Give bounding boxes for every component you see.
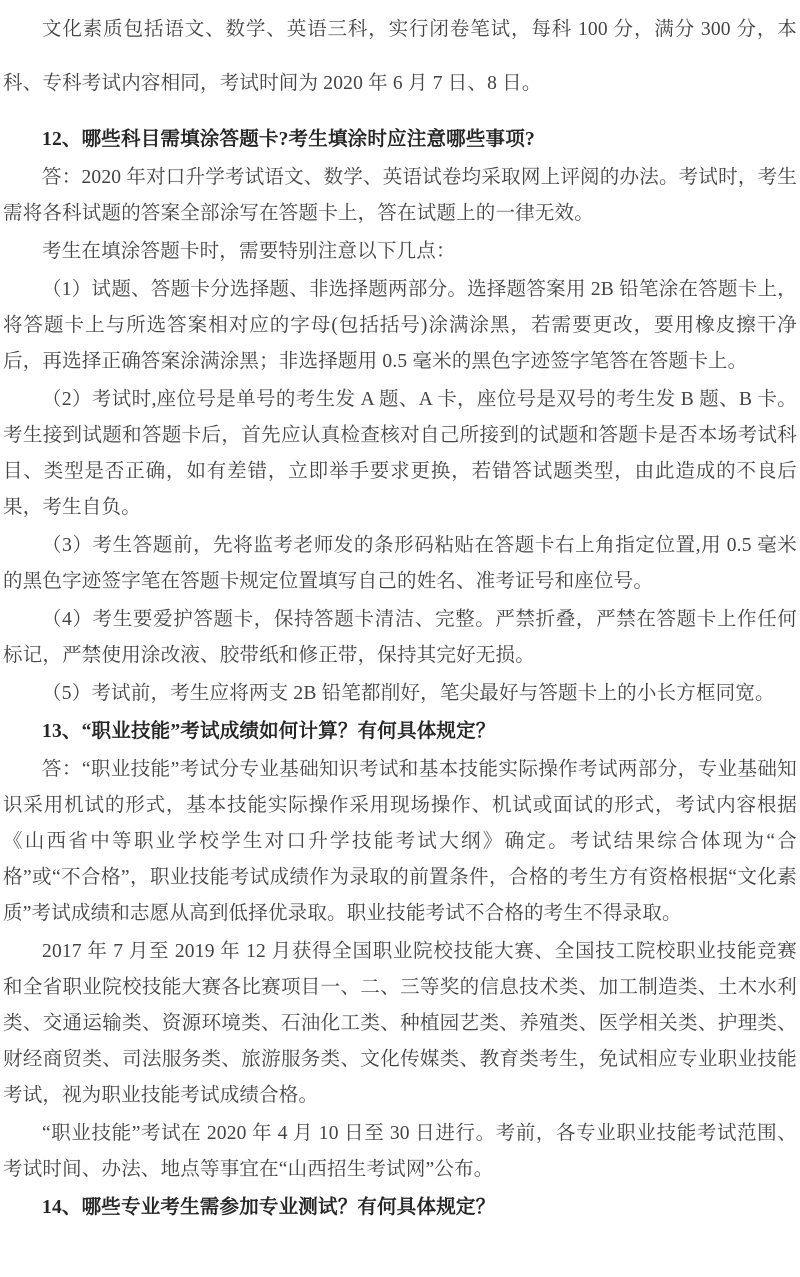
paragraph: 文化素质包括语文、数学、英语三科，实行闭卷笔试，每科 100 分，满分 300 … [3,3,797,111]
document-page: 文化素质包括语文、数学、英语三科，实行闭卷笔试，每科 100 分，满分 300 … [0,0,800,1277]
paragraph: （2）考试时,座位号是单号的考生发 A 题、A 卡，座位号是双号的考生发 B 题… [3,382,797,526]
paragraph: “职业技能”考试在 2020 年 4 月 10 日至 30 日进行。考前，各专业… [3,1116,797,1188]
paragraph: （3）考生答题前，先将监考老师发的条形码粘贴在答题卡右上角指定位置,用 0.5 … [3,528,797,600]
section-heading: 13、“职业技能”考试成绩如何计算？有何具体规定？ [3,714,797,750]
paragraph: （4）考生要爱护答题卡，保持答题卡清洁、完整。严禁折叠，严禁在答题卡上作任何标记… [3,602,797,674]
paragraph: 考生在填涂答题卡时，需要特别注意以下几点： [3,234,797,270]
paragraph: （5）考试前，考生应将两支 2B 铅笔都削好，笔尖最好与答题卡上的小长方框同宽。 [3,676,797,712]
section-heading: 14、哪些专业考生需参加专业测试？有何具体规定？ [3,1190,797,1226]
paragraph: 2017 年 7 月至 2019 年 12 月获得全国职业院校技能大赛、全国技工… [3,934,797,1114]
section-heading: 12、哪些科目需填涂答题卡?考生填涂时应注意哪些事项? [3,122,797,158]
paragraph: 答：“职业技能”考试分专业基础知识考试和基本技能实际操作考试两部分，专业基础知识… [3,752,797,932]
paragraph: （1）试题、答题卡分选择题、非选择题两部分。选择题答案用 2B 铅笔涂在答题卡上… [3,272,797,380]
paragraph: 答：2020 年对口升学考试语文、数学、英语试卷均采取网上评阅的办法。考试时，考… [3,160,797,232]
